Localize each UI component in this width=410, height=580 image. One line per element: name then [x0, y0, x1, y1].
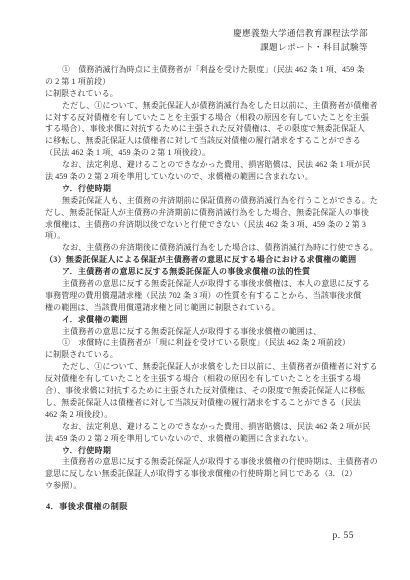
text-line: ウ参照）。: [45, 480, 373, 492]
text-line: ただし、①について、無委託保証人が求償をした日以前に、主債務者が債権者に対する: [45, 361, 373, 373]
text-line: ア．主債務者の意思に反する無委託保証人の事後求償権の法的性質: [45, 266, 373, 278]
text-line: ただし、①について、無委託保証人が債務消滅行為をした日以前に、主債務者が債権者: [45, 100, 373, 112]
text-line: 主債務者の意思に反する無委託保証人が取得する事後求償権は、本人の意思に反する: [45, 278, 373, 290]
text-line: なお、法定利息、避けることのできなかった費用、損害賠償は、民法 462 条 2 …: [45, 421, 373, 433]
text-line: 法 459 条の 2 第 2 項を準用していないので、求償権の範囲に含まれない。: [45, 171, 373, 183]
text-line: 意思に反しない無委託保証人が取得する事後求償権の行使時期と同じである（3．（2）: [45, 468, 373, 480]
document-header: 慶應義塾大学通信教育課程法学部 課題レポート・科目試験等: [233, 26, 368, 54]
text-line: し、無委託保証人は債権者に対して当該反対債権の履行請求をすることができる（民法: [45, 397, 373, 409]
text-line: の 2 第 1 項前段）: [45, 76, 373, 88]
text-line: 反対債権を有していたことを主張する場合（相殺の原因を有していたことを主張する場: [45, 373, 373, 385]
text-line: 権の範囲は、当該費用償還請求権と同じ範囲に制限されている。: [45, 302, 373, 314]
text-line: に制限されている。: [45, 349, 373, 361]
document-page: 慶應義塾大学通信教育課程法学部 課題レポート・科目試験等 ① 債務消滅行為時点に…: [0, 0, 410, 580]
header-university-line: 慶應義塾大学通信教育課程法学部: [233, 26, 368, 40]
text-line: 462 条 2 項後段）。: [45, 409, 373, 421]
text-line: 無委託保証人も、主債務の弁済期前に保証債務の債務消滅行為を行うことができる。た: [45, 195, 373, 207]
text-line: なお、主債務の弁済期後に債務消滅行為をした場合は、債務消滅行為時に行使できる。: [45, 242, 373, 254]
text-line: ① 求償時に主債務者が「現に利益を受けている限度」（民法 462 条 2 項前段…: [45, 337, 373, 349]
text-line: （民法 462 条 1 項、459 条の 2 第 1 項後段）。: [45, 147, 373, 159]
text-line: に移転し、無委託保証人は債権者に対して当該反対債権の履行請求をすることができる: [45, 135, 373, 147]
text-line: 項）。: [45, 230, 373, 242]
text-line: に制限されている。: [45, 88, 373, 100]
page-number: p. 55: [333, 531, 355, 541]
text-line: 法 459 条の 2 第 2 項を準用していないので、求償権の範囲に含まれない。: [45, 433, 373, 445]
text-line: 事務管理の費用償還請求権（民法 702 条 3 項）の性質を有することから、当該…: [45, 290, 373, 302]
text-line: ① 債務消滅行為時点に主債務者が「利益を受けた限度」（民法 462 条 1 項、…: [45, 64, 373, 76]
text-line: ウ．行使時期: [45, 183, 373, 195]
header-report-line: 課題レポート・科目試験等: [233, 40, 368, 54]
text-line: （3）無委託保証人による保証が主債務者の意思に反する場合における求償権の範囲: [45, 254, 373, 266]
text-line: 主債務者の意思に反する無委託保証人が取得する事後求償権の範囲は、: [45, 326, 373, 338]
text-line: イ．求償権の範囲: [45, 314, 373, 326]
body-lines: ① 債務消滅行為時点に主債務者が「利益を受けた限度」（民法 462 条 1 項、…: [45, 64, 373, 492]
text-line: 合）、事後求償に対抗するために主張された反対債権は、その限度で無委託保証人に移転: [45, 385, 373, 397]
text-line: 主債務者の意思に反する無委託保証人が取得する事後求償権の行使時期は、主債務者の: [45, 456, 373, 468]
text-line: する場合）、事後求償に対抗するために主張された反対債権は、その限度で無委託保証人: [45, 123, 373, 135]
text-line: だし、無委託保証人が主債務の弁済期前に債務消滅行為をした場合、無委託保証人の事後: [45, 207, 373, 219]
section-4-heading: 4．事後求償権の制限: [46, 501, 128, 512]
text-line: なお、法定利息、避けることのできなかった費用、損害賠償は、民法 462 条 1 …: [45, 159, 373, 171]
text-line: に対する反対債権を有していたことを主張する場合（相殺の原因を有していたことを主張: [45, 112, 373, 124]
text-line: ウ．行使時期: [45, 445, 373, 457]
text-line: 求償権は、主債務の弁済期以後でないと行使できない（民法 462 条 3 項、45…: [45, 219, 373, 231]
